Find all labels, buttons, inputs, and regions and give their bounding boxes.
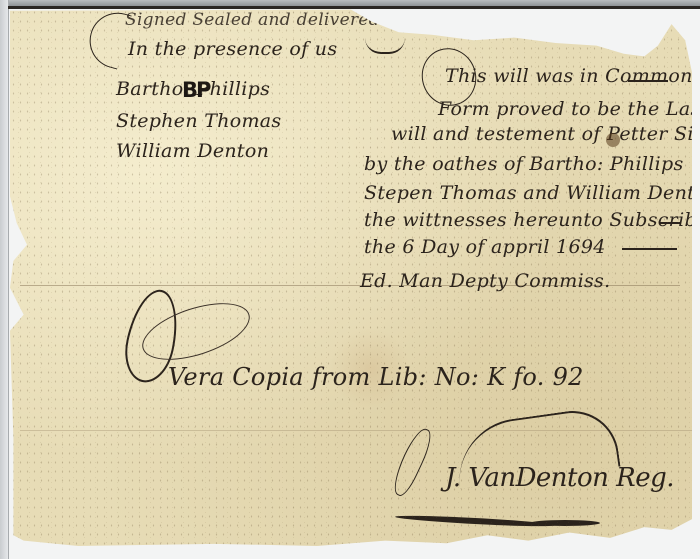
signature-arc xyxy=(451,405,620,489)
witness-3: William Denton xyxy=(116,140,269,162)
probate-line-1: This will was in Common xyxy=(445,65,693,87)
line-filler xyxy=(660,222,680,224)
line-filler xyxy=(622,248,677,250)
flourish-v xyxy=(119,285,185,387)
scan-edge xyxy=(8,6,700,9)
probate-line-5: Stepen Thomas and William Denton xyxy=(364,182,700,204)
document-page: Signed Sealed and delivered In the prese… xyxy=(10,8,692,546)
probate-line-2: Form proved to be the Last xyxy=(438,98,700,120)
flourish-capital xyxy=(83,6,131,69)
copy-note: Vera Copia from Lib: No: K fo. 92 xyxy=(168,363,584,391)
bp-stamp: BP xyxy=(182,78,209,102)
fold-crease xyxy=(20,285,680,286)
probate-line-3: will and testement of Petter Sides xyxy=(391,123,700,145)
attestation: Ed. Man Depty Commiss. xyxy=(360,270,610,292)
flourish-loop-v xyxy=(135,292,256,371)
presence-line: In the presence of us xyxy=(128,38,337,60)
flourish-loop xyxy=(414,41,485,114)
flourish-mark xyxy=(365,38,405,54)
witness-2: Stephen Thomas xyxy=(116,110,281,132)
scanner-frame-left xyxy=(0,0,9,559)
signature-flourish xyxy=(388,425,437,499)
witness-1: Bartho: Phillips xyxy=(116,78,270,100)
probate-line-7: the 6 Day of appril 1694 xyxy=(364,236,606,258)
probate-line-6: the wittnesses hereunto Subscribed xyxy=(364,209,700,231)
signature-swash-2 xyxy=(530,520,600,526)
probate-line-4: by the oathes of Bartho: Phillips xyxy=(364,153,684,175)
ink-stain xyxy=(606,133,620,147)
line-filler xyxy=(628,80,668,82)
fold-crease-lower xyxy=(20,430,700,431)
signature-swash xyxy=(395,514,555,528)
registrar-signature: J. VanDenton Reg. xyxy=(445,463,674,493)
heading-partial: Signed Sealed and delivered xyxy=(125,10,380,30)
